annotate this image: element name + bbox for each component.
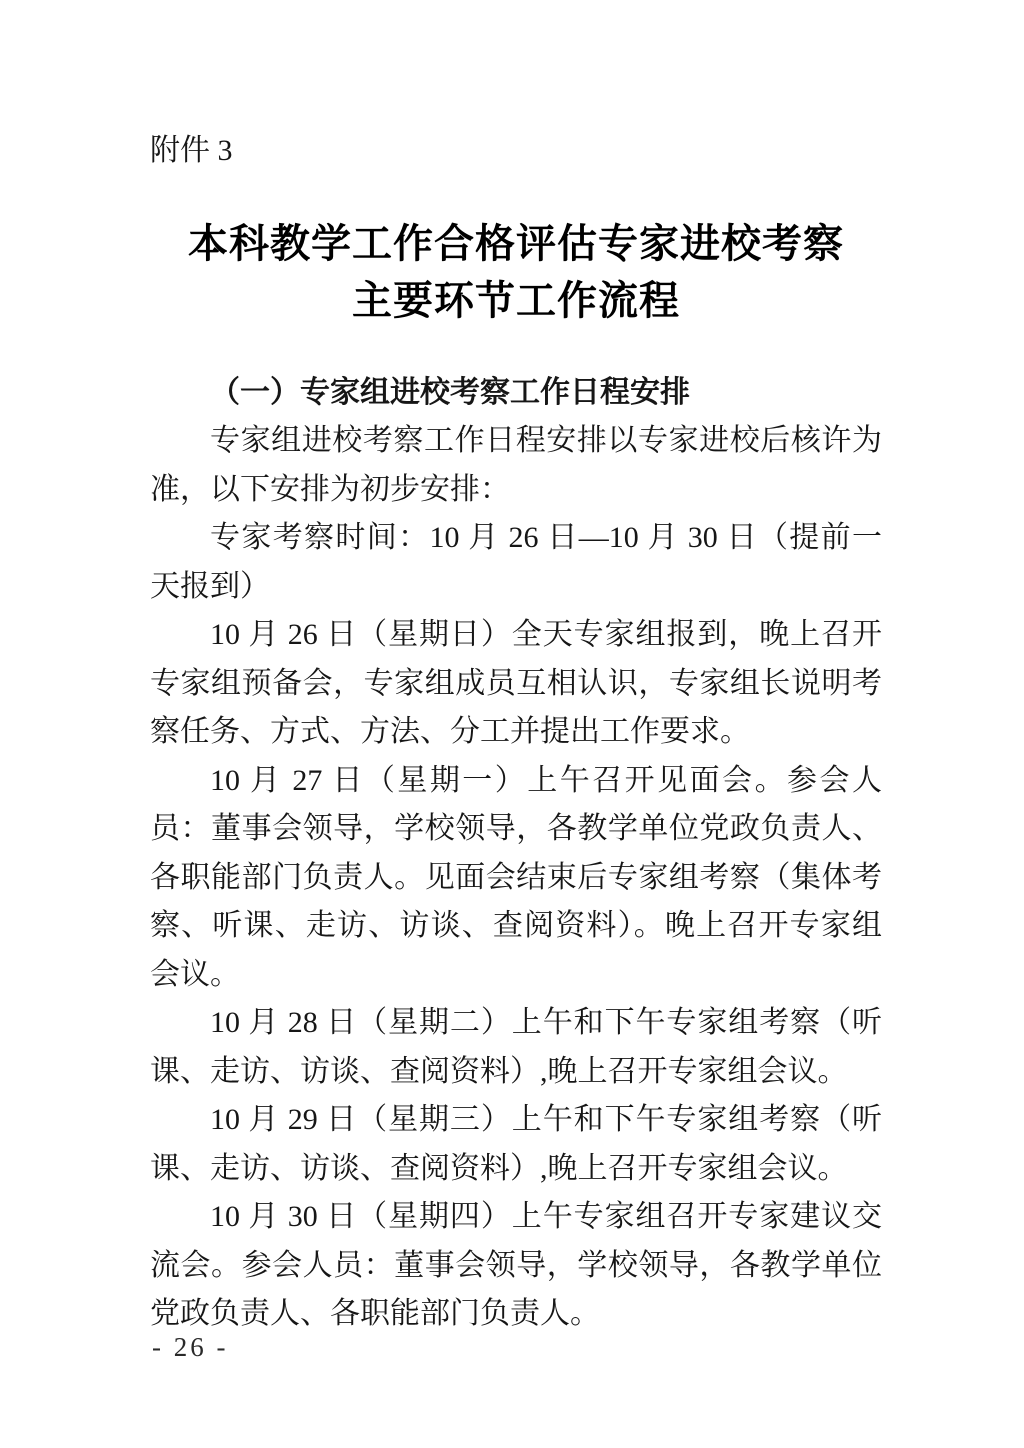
document-page: 附件 3 本科教学工作合格评估专家进校考察 主要环节工作流程 （一）专家组进校考… (0, 0, 1024, 1448)
body-paragraph: 专家组进校考察工作日程安排以专家进校后核许为准，以下安排为初步安排： (150, 417, 882, 514)
body-paragraph: 10 月 27 日（星期一）上午召开见面会。参会人员：董事会领导，学校领导，各教… (150, 757, 882, 1000)
title-line-1: 本科教学工作合格评估专家进校考察 (150, 216, 882, 273)
section-heading: （一）专家组进校考察工作日程安排 (150, 368, 882, 417)
title-line-2: 主要环节工作流程 (150, 273, 882, 330)
body-paragraph: 10 月 26 日（星期日）全天专家组报到，晚上召开专家组预备会，专家组成员互相… (150, 611, 882, 757)
page-number: - 26 - (152, 1332, 228, 1363)
body-paragraph: 专家考察时间：10 月 26 日—10 月 30 日（提前一天报到） (150, 514, 882, 611)
document-title: 本科教学工作合格评估专家进校考察 主要环节工作流程 (150, 216, 882, 330)
body-paragraph: 10 月 29 日（星期三）上午和下午专家组考察（听课、走访、访谈、查阅资料）,… (150, 1096, 882, 1193)
body-paragraph: 10 月 30 日（星期四）上午专家组召开专家建议交流会。参会人员：董事会领导，… (150, 1193, 882, 1339)
body-text: 专家组进校考察工作日程安排以专家进校后核许为准，以下安排为初步安排： 专家考察时… (150, 417, 882, 1339)
body-paragraph: 10 月 28 日（星期二）上午和下午专家组考察（听课、走访、访谈、查阅资料）,… (150, 999, 882, 1096)
attachment-label: 附件 3 (150, 132, 882, 170)
content-area: 附件 3 本科教学工作合格评估专家进校考察 主要环节工作流程 （一）专家组进校考… (150, 0, 882, 1339)
